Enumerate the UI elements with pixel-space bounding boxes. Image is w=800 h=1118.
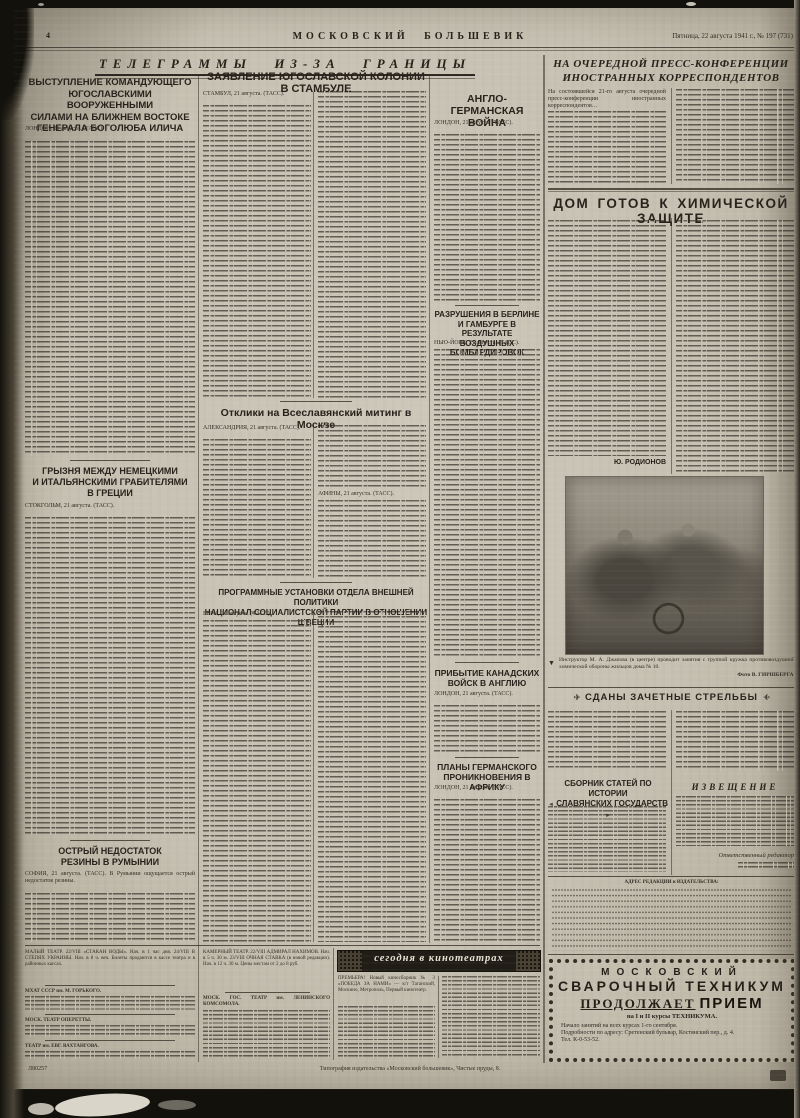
simulated-text-block	[676, 796, 794, 846]
main-section-divider	[543, 55, 545, 1063]
title-line: ИНОСТРАННЫХ КОРРЕСПОНДЕНТОВ	[546, 71, 796, 85]
banner-ornament-left	[338, 951, 362, 971]
simulated-text-block	[676, 711, 794, 771]
article-separator-rule	[455, 757, 519, 758]
listings-top-rule	[25, 945, 540, 946]
simulated-text-block	[442, 976, 540, 1058]
masthead-rule	[25, 47, 795, 48]
title-line: ОСТРЫЙ НЕДОСТАТОК	[25, 846, 195, 857]
section-rule	[548, 188, 795, 190]
article-separator-rule	[455, 662, 519, 663]
section-rule	[548, 954, 795, 955]
column-divider	[313, 424, 314, 578]
article-signature: Ю. РОДИОНОВ	[548, 459, 666, 466]
column-divider	[429, 75, 430, 943]
listing-mkhat: МХАТ СССР им. М. ГОРЬКОГО.	[25, 989, 195, 994]
plane-icon: ✈	[574, 693, 582, 702]
ad-line-4: на I и II курсы ТЕХНИКУМА.	[553, 1013, 791, 1020]
article-separator-rule	[280, 401, 352, 402]
simulated-text-block	[318, 500, 426, 578]
title-line: ЮГОСЛАВСКИМИ ВООРУЖЕННЫМИ	[25, 89, 195, 112]
section-rule	[548, 876, 795, 877]
listing-operetta: МОСК. ТЕАТР ОПЕРЕТТЫ.	[25, 1018, 195, 1023]
title-line: ВЫСТУПЛЕНИЕ КОМАНДУЮЩЕГО	[25, 77, 195, 89]
cinema-banner-title: сегодня в кинотеатрах	[362, 953, 516, 964]
article-lead: На состоявшейся 21-го августа очередной …	[548, 89, 666, 110]
simulated-text-block	[25, 1025, 195, 1037]
scan-artifact-blob	[28, 1103, 54, 1115]
title-line: ГРЫЗНЯ МЕЖДУ НЕМЕЦКИМИ	[25, 466, 195, 477]
scan-edge-left	[0, 0, 24, 1118]
article-dateline: ЛОНДОН, 21 августа. (ТАСС).	[434, 691, 540, 698]
title-line: АНГЛО-ГЕРМАНСКАЯ	[434, 93, 540, 117]
cinema-premiere: ПРЕМЬЕРА! Новый киносборник № 3 «ПОБЕДА …	[338, 976, 435, 994]
simulated-text-block	[318, 425, 426, 489]
imprint-line: Типография издательства «Московский боль…	[200, 1066, 620, 1072]
article-dateline: СТОКГОЛЬМ, 21 августа. (ТАСС).	[25, 503, 195, 510]
column-divider	[671, 88, 672, 184]
listing-rule	[225, 992, 310, 993]
article-dateline: АЛЕКСАНДРИЯ, 21 августа. (ТАСС).	[203, 425, 311, 432]
listing-vakhtangov: ТЕАТР им. ЕВГ. ВАХТАНГОВА.	[25, 1044, 195, 1049]
listing-kamerny-theatre: КАМЕРНЫЙ ТЕАТР. 22/VIII АДМИРАЛ НАХИМОВ.…	[203, 950, 330, 968]
ad-line-3: ПРОДОЛЖАЕТ ПРИЕМ	[553, 995, 791, 1013]
title-line: СДАНЫ ЗАЧЕТНЫЕ СТРЕЛЬБЫ	[585, 692, 758, 703]
photo-chemical-defense-training	[566, 477, 763, 654]
article-dateline: ЛОНДОН, 21 августа. (ТАСС).	[434, 120, 540, 127]
section-rule	[548, 687, 795, 688]
title-line: СБОРНИК СТАТЕЙ ПО ИСТОРИИ	[548, 779, 668, 799]
article-lead: СОФИЯ, 21 августа. (ТАСС). В Румынии ощу…	[25, 871, 195, 885]
column-divider	[671, 710, 672, 875]
simulated-text-block	[25, 141, 195, 456]
article-dateline: ЛОНДОН, 21 августа. (ТАСС).	[25, 126, 195, 133]
article-separator-rule	[455, 305, 519, 306]
simulated-text-block	[203, 1010, 330, 1058]
print-code: Л80257	[28, 1066, 88, 1072]
plane-icon: ✈	[762, 693, 770, 702]
banner-ornament-right	[516, 951, 540, 971]
article-dateline: АФИНЫ, 21 августа. (ТАСС).	[318, 491, 426, 498]
page-number: 4	[38, 31, 58, 40]
ad-welding-technicum: МОСКОВСКИЙ СВАРОЧНЫЙ ТЕХНИКУМ ПРОДОЛЖАЕТ…	[549, 959, 795, 1062]
scan-edge-right	[794, 0, 800, 1118]
article-title-rubber-shortage: ОСТРЫЙ НЕДОСТАТОК РЕЗИНЫ В РУМЫНИИ	[25, 846, 195, 868]
listing-rule	[45, 1040, 175, 1041]
column-divider	[671, 218, 672, 474]
article-separator-rule	[70, 460, 150, 461]
article-title-canadian-troops: ПРИБЫТИЕ КАНАДСКИХ ВОЙСК В АНГЛИЮ	[434, 668, 540, 688]
simulated-text-block	[203, 439, 311, 578]
simulated-text-block	[676, 220, 794, 472]
title-line: ВОЙСК В АНГЛИЮ	[434, 678, 540, 688]
section-rule-2	[548, 191, 795, 192]
article-dateline: СТАМБУЛ, 21 августа. (ТАСС).	[203, 91, 311, 98]
simulated-text-block	[548, 711, 666, 771]
title-line: РАЗРУШЕНИЯ В БЕРЛИНЕ	[434, 310, 540, 320]
title-line: ПЛАНЫ ГЕРМАНСКОГО	[434, 762, 540, 772]
simulated-text-block	[676, 89, 794, 184]
title-line: СИЛАМИ НА БЛИЖНЕМ ВОСТОКЕ	[25, 112, 195, 124]
column-divider	[313, 92, 314, 398]
simulated-text-block	[203, 620, 311, 942]
article-title-greece-squabble: ГРЫЗНЯ МЕЖДУ НЕМЕЦКИМИ И ИТАЛЬЯНСКИМИ ГР…	[25, 466, 195, 499]
simulated-text-block	[338, 1006, 435, 1058]
editor-name-illegible	[738, 862, 794, 868]
caption-marker-icon: ▼	[548, 659, 556, 667]
scan-artifact	[38, 3, 44, 6]
article-separator-rule	[280, 582, 352, 583]
scan-torn-corner	[0, 0, 34, 120]
cinema-banner: сегодня в кинотеатрах	[338, 951, 540, 971]
simulated-text-block	[25, 517, 195, 835]
column-divider	[333, 948, 334, 1060]
article-dateline: БЕРН, 21 августа. (ТАСС).	[203, 611, 311, 618]
simulated-text-block	[25, 1051, 195, 1059]
masthead-title: МОСКОВСКИЙ БОЛЬШЕВИК	[250, 31, 570, 42]
title-line: И ГАМБУРГЕ В РЕЗУЛЬТАТЕ	[434, 320, 540, 339]
simulated-text-block	[434, 349, 540, 657]
article-dateline: ЛОНДОН, 21 августа. (ТАСС).	[434, 785, 540, 792]
scan-edge-top	[0, 0, 800, 8]
column-divider	[438, 976, 439, 1058]
listing-rule	[45, 1014, 175, 1015]
simulated-text-block	[434, 799, 540, 942]
ad-line-7: Тел. К-0-53-52.	[561, 1037, 783, 1043]
photo-credit: Фото В. ГИРШБЕРГА.	[559, 672, 795, 678]
title-line: ПРОГРАММНЫЕ УСТАНОВКИ ОТДЕЛА ВНЕШНЕЙ ПОЛ…	[203, 588, 429, 608]
notice-title: ИЗВЕЩЕНИЕ	[676, 782, 794, 792]
simulated-text-block	[318, 611, 426, 942]
ad-prodolzhaet: ПРОДОЛЖАЕТ	[580, 996, 695, 1011]
ad-line-5: Начало занятий на всех курсах 1-го сентя…	[561, 1023, 783, 1029]
title-line: РЕЗИНЫ В РУМЫНИИ	[25, 857, 195, 868]
ad-priem: ПРИЕМ	[700, 995, 764, 1012]
simulated-text-block	[548, 111, 666, 184]
column-divider	[198, 75, 199, 1062]
listing-lenkom: МОСК. ГОС. ТЕАТР им. ЛЕНИНСКОГО КОМСОМОЛ…	[203, 996, 330, 1008]
simulated-text-block	[25, 996, 195, 1011]
scan-artifact-blob	[158, 1100, 196, 1110]
listing-maly-theatre: МАЛЫЙ ТЕАТР. 22/VIII «СТАКАН ВОДЫ». Нач.…	[25, 950, 195, 968]
ad-line-1: МОСКОВСКИЙ	[553, 967, 791, 978]
simulated-text-block	[434, 705, 540, 753]
title-line: И ИТАЛЬЯНСКИМИ ГРАБИТЕЛЯМИ	[25, 477, 195, 488]
title-line: НА ОЧЕРЕДНОЙ ПРЕСС-КОНФЕРЕНЦИИ	[546, 57, 796, 71]
article-separator-rule	[70, 840, 150, 841]
article-title-press-conference: НА ОЧЕРЕДНОЙ ПРЕСС-КОНФЕРЕНЦИИ ИНОСТРАНН…	[546, 57, 796, 85]
title-line: В ГРЕЦИИ	[25, 488, 195, 499]
scan-artifact-stamp	[770, 1070, 786, 1081]
article-dateline: НЬЮ-ЙОРК, 21 августа. (ТАСС).	[434, 340, 540, 347]
simulated-text-block	[548, 806, 666, 872]
scan-artifact	[686, 2, 696, 6]
simulated-text-block	[318, 91, 426, 398]
masthead-rule-2	[25, 50, 795, 51]
editor-label: Ответственный редактор	[676, 852, 794, 859]
simulated-text-block	[548, 220, 666, 456]
article-title-shooting-tests: ✈ СДАНЫ ЗАЧЕТНЫЕ СТРЕЛЬБЫ ✈	[548, 692, 795, 703]
section-banner-title: ТЕЛЕГРАММЫ ИЗ-ЗА ГРАНИЦЫ	[70, 56, 500, 72]
ad-line-2: СВАРОЧНЫЙ ТЕХНИКУМ	[553, 978, 791, 994]
listing-rule	[45, 985, 175, 986]
address-header: АДРЕС РЕДАКЦИИ и ИЗДАТЕЛЬСТВА:	[548, 880, 795, 885]
title-line: ПРИБЫТИЕ КАНАДСКИХ	[434, 668, 540, 678]
masthead-date-line: Пятница, 22 августа 1941 г., № 197 (731)	[565, 32, 793, 40]
simulated-text-block	[203, 105, 311, 398]
simulated-text-block	[25, 893, 195, 942]
simulated-text-block	[434, 134, 540, 301]
photo-caption: Инструктор М. А. Джапова (в центре) пров…	[559, 657, 795, 670]
address-directory-illegible	[552, 889, 792, 951]
column-divider	[313, 612, 314, 942]
ad-line-6: Подробности по адресу: Сретенский бульва…	[561, 1030, 783, 1036]
newspaper-scan: 4 МОСКОВСКИЙ БОЛЬШЕВИК Пятница, 22 авгус…	[0, 0, 800, 1118]
